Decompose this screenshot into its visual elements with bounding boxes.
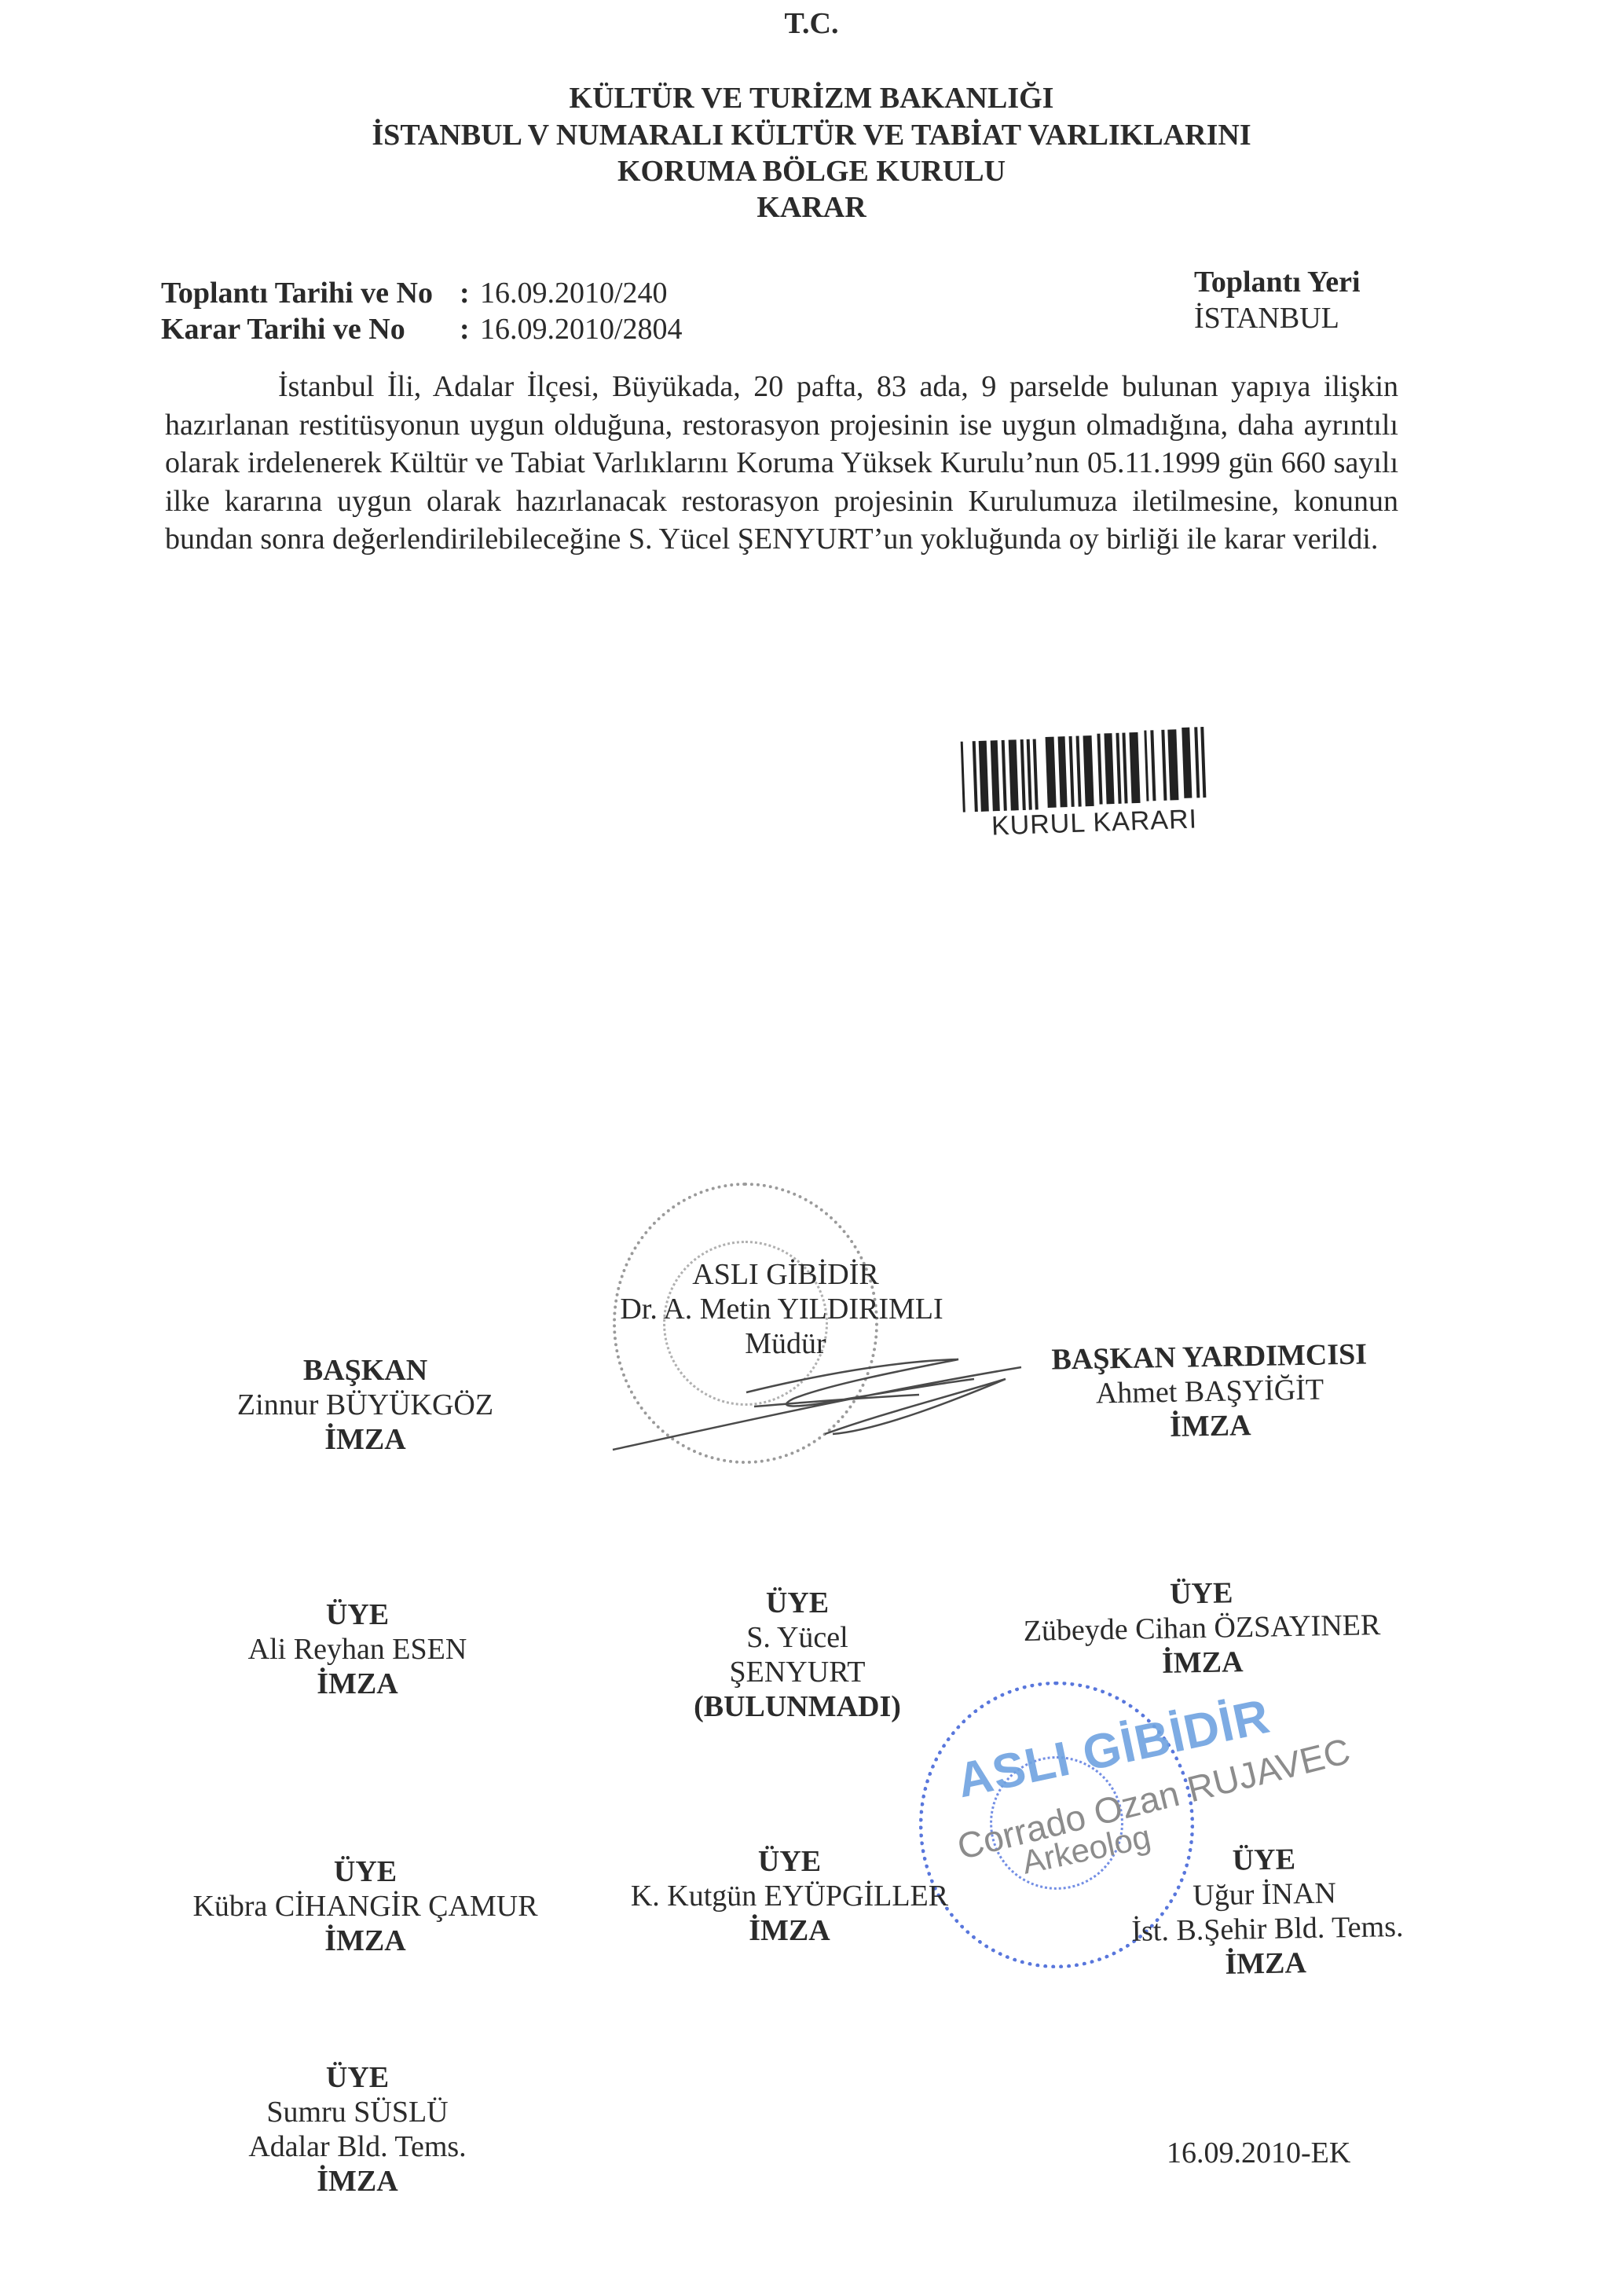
appendix-date: 16.09.2010-EK xyxy=(1167,2136,1350,2170)
member-name: K. Kutgün EYÜPGİLLER xyxy=(621,1879,958,1913)
member-title: ÜYE xyxy=(676,1586,919,1620)
member-name: S. Yücel ŞENYURT xyxy=(676,1620,919,1689)
place-value: İSTANBUL xyxy=(1194,300,1339,336)
decision-value: 16.09.2010/2804 xyxy=(480,313,683,346)
signature-president: BAŞKAN Zinnur BÜYÜKGÖZ İMZA xyxy=(236,1353,495,1457)
president-name: Zinnur BÜYÜKGÖZ xyxy=(236,1388,495,1422)
decision-separator: : xyxy=(460,311,480,347)
president-sign: İMZA xyxy=(236,1422,495,1457)
signature-vice-president: BAŞKAN YARDIMCISI Ahmet BAŞYİĞİT İMZA xyxy=(1036,1337,1383,1447)
signature-member: ÜYE Kübra CİHANGİR ÇAMUR İMZA xyxy=(192,1854,538,1958)
member-sign: İMZA xyxy=(228,2164,487,2199)
member-sign: İMZA xyxy=(236,1667,479,1701)
director-signature-icon xyxy=(597,1304,1037,1462)
member-sign: İMZA xyxy=(621,1913,958,1948)
member-title: ÜYE xyxy=(236,1597,479,1632)
member-sign: İMZA xyxy=(1021,1642,1383,1683)
decision-label: Karar Tarihi ve No xyxy=(161,311,460,347)
barcode-icon xyxy=(958,724,1224,812)
member-sign: İMZA xyxy=(1132,1944,1400,1983)
member-representative: İst. B.Şehir Bld. Tems. xyxy=(1131,1909,1399,1949)
signature-member: ÜYE Uğur İNAN İst. B.Şehir Bld. Tems. İM… xyxy=(1130,1840,1399,1983)
member-name: Sumru SÜSLÜ xyxy=(228,2095,487,2129)
barcode-label: KURUL KARARI xyxy=(991,804,1197,842)
meeting-value: 16.09.2010/240 xyxy=(480,277,668,310)
signature-member: ÜYE K. Kutgün EYÜPGİLLER İMZA xyxy=(621,1844,958,1948)
member-name: Zübeyde Cihan ÖZSAYINER xyxy=(1021,1608,1383,1649)
member-title: ÜYE xyxy=(1130,1840,1398,1880)
signature-member: ÜYE Sumru SÜSLÜ Adalar Bld. Tems. İMZA xyxy=(228,2060,487,2199)
president-title: BAŞKAN xyxy=(236,1353,495,1388)
header-board-line2: KORUMA BÖLGE KURULU xyxy=(0,154,1623,189)
certification-title: ASLI GİBİDİR xyxy=(621,1257,951,1292)
member-sign: İMZA xyxy=(192,1924,538,1958)
member-title: ÜYE xyxy=(192,1854,538,1889)
signature-member: ÜYE Zübeyde Cihan ÖZSAYINER İMZA xyxy=(1020,1573,1383,1683)
place-label: Toplantı Yeri xyxy=(1194,264,1361,300)
member-title: ÜYE xyxy=(228,2060,487,2095)
decision-info: Karar Tarihi ve No:16.09.2010/2804 xyxy=(161,311,683,347)
member-title: ÜYE xyxy=(621,1844,958,1879)
member-name: Kübra CİHANGİR ÇAMUR xyxy=(192,1889,538,1924)
decision-text: İstanbul İli, Adalar İlçesi, Büyükada, 2… xyxy=(165,368,1398,559)
meeting-info: Toplantı Tarihi ve No:16.09.2010/240 xyxy=(161,275,668,311)
signature-member: ÜYE Ali Reyhan ESEN İMZA xyxy=(236,1597,479,1701)
vice-president-title: BAŞKAN YARDIMCISI xyxy=(1036,1337,1383,1377)
header-decision: KARAR xyxy=(0,190,1623,225)
meeting-label: Toplantı Tarihi ve No xyxy=(161,275,460,311)
header-ministry: KÜLTÜR VE TURİZM BAKANLIĞI xyxy=(0,81,1623,116)
member-name: Uğur İNAN xyxy=(1130,1875,1398,1914)
vice-president-name: Ahmet BAŞYİĞİT xyxy=(1037,1371,1383,1412)
signature-member: ÜYE S. Yücel ŞENYURT (BULUNMADI) xyxy=(676,1586,919,1724)
member-absent-note: (BULUNMADI) xyxy=(676,1689,919,1724)
header-board-line1: İSTANBUL V NUMARALI KÜLTÜR VE TABİAT VAR… xyxy=(0,118,1623,152)
meeting-separator: : xyxy=(460,275,480,311)
header-tc: T.C. xyxy=(0,6,1623,41)
member-representative: Adalar Bld. Tems. xyxy=(228,2129,487,2164)
member-name: Ali Reyhan ESEN xyxy=(236,1632,479,1667)
vice-president-sign: İMZA xyxy=(1037,1406,1383,1447)
